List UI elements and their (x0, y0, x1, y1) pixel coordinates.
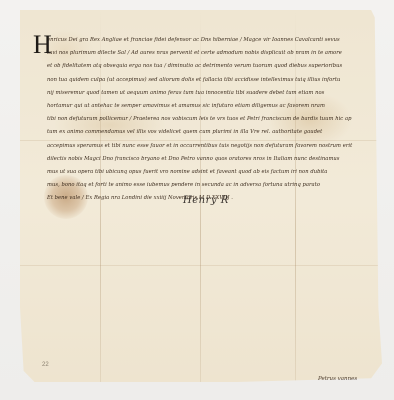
fold-line (20, 265, 382, 266)
text-line: dilectis nobis Magci Dno francisco bryan… (33, 153, 363, 166)
text-line: tum ex animo commendamus vel illis vos v… (33, 126, 363, 139)
text-line: tibi non defuturum pollicemur / Praetere… (33, 113, 363, 126)
text-line: nij miseremur quod tamen ut aequum animo… (33, 87, 363, 100)
text-line: et ob fidelitatem atq obsequia erga nos … (33, 60, 363, 73)
royal-signature: Henry R (183, 195, 229, 206)
folio-number: 22 (42, 362, 49, 368)
text-line: enricus Dei gra Rex Angliae et franciae … (33, 34, 363, 47)
text-line: mus, bono itaq et forti te animo esse iu… (33, 179, 363, 192)
text-line: non tua quidem culpa (ut accepimus) sed … (33, 74, 363, 87)
text-line: mus ut sua opera tibi ubicunq opus fueri… (33, 166, 363, 179)
endorsement-note: Petrus vannes (318, 376, 357, 382)
text-line: accepimus speramus et tibi nunc esse fau… (33, 140, 363, 153)
decorated-initial: H (33, 32, 52, 58)
text-line: hortamur qui ut antehac te semper amavim… (33, 100, 363, 113)
text-line: tuvi nos plurimum dilecte Sal / Ad aures… (33, 47, 363, 60)
letter-body: H enricus Dei gra Rex Angliae et francia… (33, 34, 363, 205)
